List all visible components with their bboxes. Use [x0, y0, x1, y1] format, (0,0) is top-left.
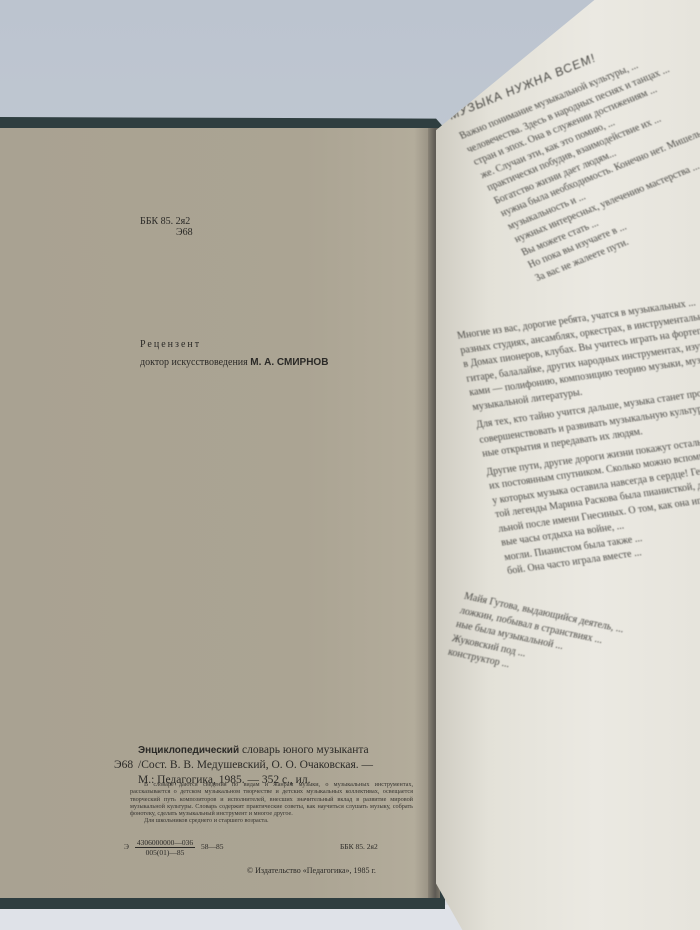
bbk-classification-top: ББК 85. 2я2 Э68: [140, 216, 193, 238]
isbn-formula: Э 4306000000—036 005(01)—85 58—85: [124, 838, 223, 857]
author-mark: Э68: [140, 227, 193, 238]
reviewer-name: М. А. СМИРНОВ: [250, 357, 328, 368]
right-page: МУЗЫКА НУЖНА ВСЕМ! Важно понимание музык…: [436, 0, 700, 930]
entry-title-rest: словарь юного музыканта: [242, 744, 369, 756]
bbk-classification-bottom: ББК 85. 2я2: [340, 842, 378, 851]
copyright-notice: © Издательство «Педагогика», 1985 г.: [247, 866, 376, 875]
annotation: В словаре даются сведения по видам и жан…: [130, 781, 413, 825]
bbk-code: ББК 85. 2я2: [140, 216, 190, 227]
formula-prefix: Э: [124, 842, 129, 851]
formula-suffix: 58—85: [201, 842, 224, 851]
entry-index: Э68: [114, 758, 138, 773]
formula-denominator: 005(01)—85: [135, 848, 195, 857]
annotation-audience: Для школьников среднего и старшего возра…: [130, 817, 413, 824]
reviewer-line: доктор искусствоведения М. А. СМИРНОВ: [140, 357, 328, 368]
formula-numerator: 4306000000—036: [135, 838, 195, 848]
entry-title-bold: Энциклопедический: [138, 745, 239, 756]
left-page: ББК 85. 2я2 Э68 Рецензент доктор искусст…: [0, 128, 436, 898]
annotation-text: В словаре даются сведения по видам и жан…: [130, 781, 413, 817]
entry-compilers: /Сост. В. В. Медушевский, О. О. Очаковск…: [138, 759, 373, 771]
right-page-text-bottom: Майя Гутова, выдающийся деятель, ... лож…: [446, 590, 700, 747]
right-page-text-lower: Многие из вас, дорогие ребята, учатся в …: [456, 272, 700, 580]
reviewer-label: Рецензент: [140, 339, 201, 350]
formula-fraction: 4306000000—036 005(01)—85: [135, 838, 195, 857]
reviewer-title: доктор искусствоведения: [140, 357, 248, 368]
